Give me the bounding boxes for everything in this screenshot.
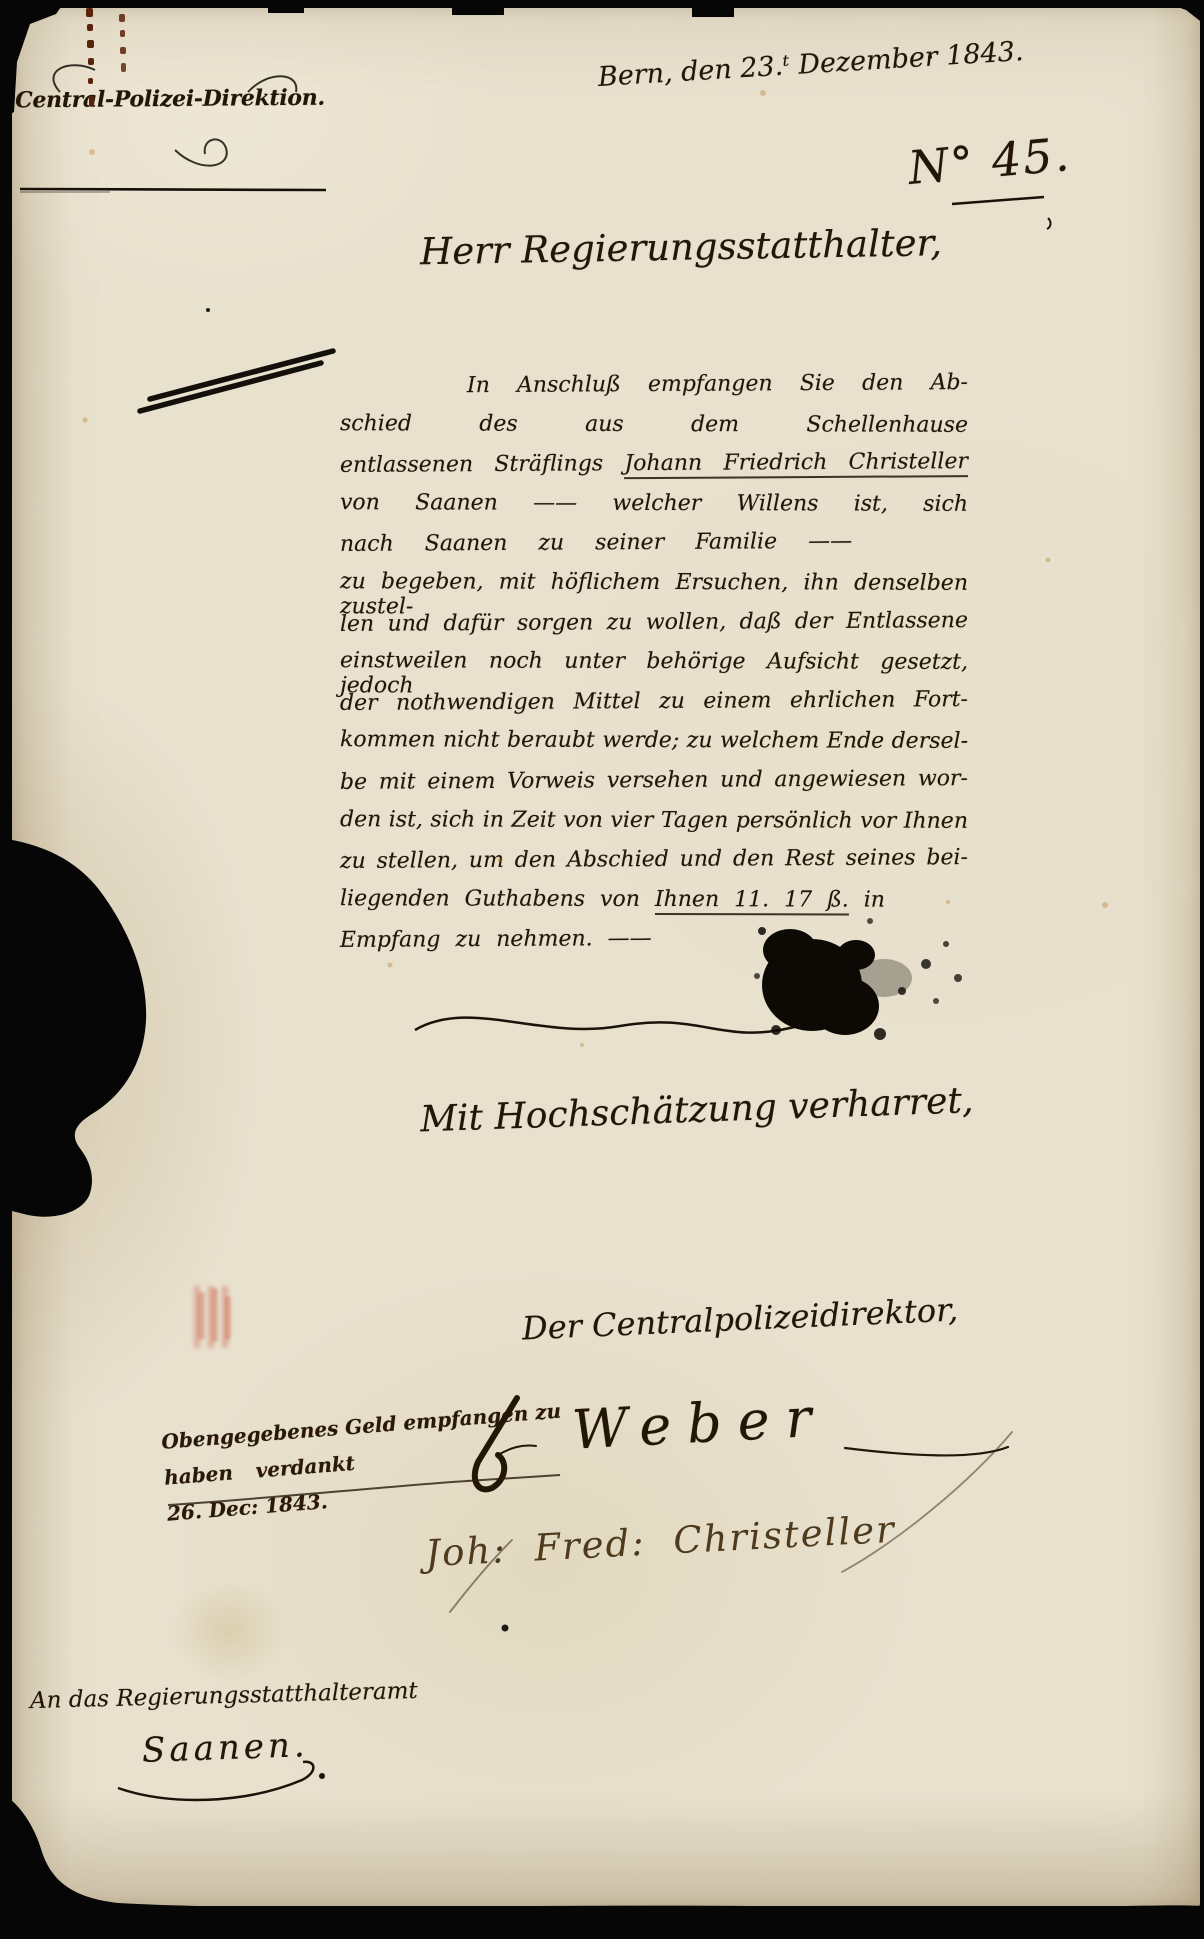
document-scan: Central-Polizei-Direktion. Bern, den 23.…: [0, 0, 1204, 1939]
body-line: den ist, sich in Zeit von vier Tagen per…: [340, 807, 968, 848]
body-line: schied des aus dem Schellenhause: [340, 411, 968, 452]
body-line: zu begeben, mit höflichem Ersuchen, ihn …: [340, 569, 968, 610]
body-line: kommen nicht beraubt werde; zu welchem E…: [340, 728, 968, 769]
letter-body: In Anschluß empfangen Sie den Ab- schied…: [340, 372, 968, 966]
paper-stain: [168, 1578, 288, 1683]
salutation: Herr Regierungsstatthalter,: [420, 222, 911, 274]
signature-weber: Weber: [571, 1385, 829, 1461]
body-line: zu stellen, um den Abschied und den Rest…: [340, 845, 968, 888]
address-place: Saanen.: [141, 1725, 309, 1771]
letterhead-stamp: Central-Polizei-Direktion.: [14, 85, 326, 114]
body-line: liegenden Guthabens von Ihnen 11. 17 ß. …: [340, 886, 968, 927]
body-line: der nothwendigen Mittel zu einem ehrlich…: [340, 687, 968, 730]
body-line: len und dafür sorgen zu wollen, daß der …: [340, 608, 968, 651]
body-line: be mit einem Vorweis versehen und angewi…: [340, 766, 968, 809]
body-line: In Anschluß empfangen Sie den Ab-: [340, 370, 968, 413]
body-line: Empfang zu nehmen. ——: [340, 924, 968, 967]
body-line: nach Saanen zu seiner Familie ——: [340, 528, 968, 571]
body-line: entlassenen Sträflings Johann Friedrich …: [340, 449, 968, 492]
body-line: von Saanen —— welcher Willens ist, sich: [340, 490, 968, 531]
red-stamp-bleedthrough: [194, 1286, 236, 1348]
body-line: einstweilen noch unter behörige Aufsicht…: [340, 648, 968, 689]
